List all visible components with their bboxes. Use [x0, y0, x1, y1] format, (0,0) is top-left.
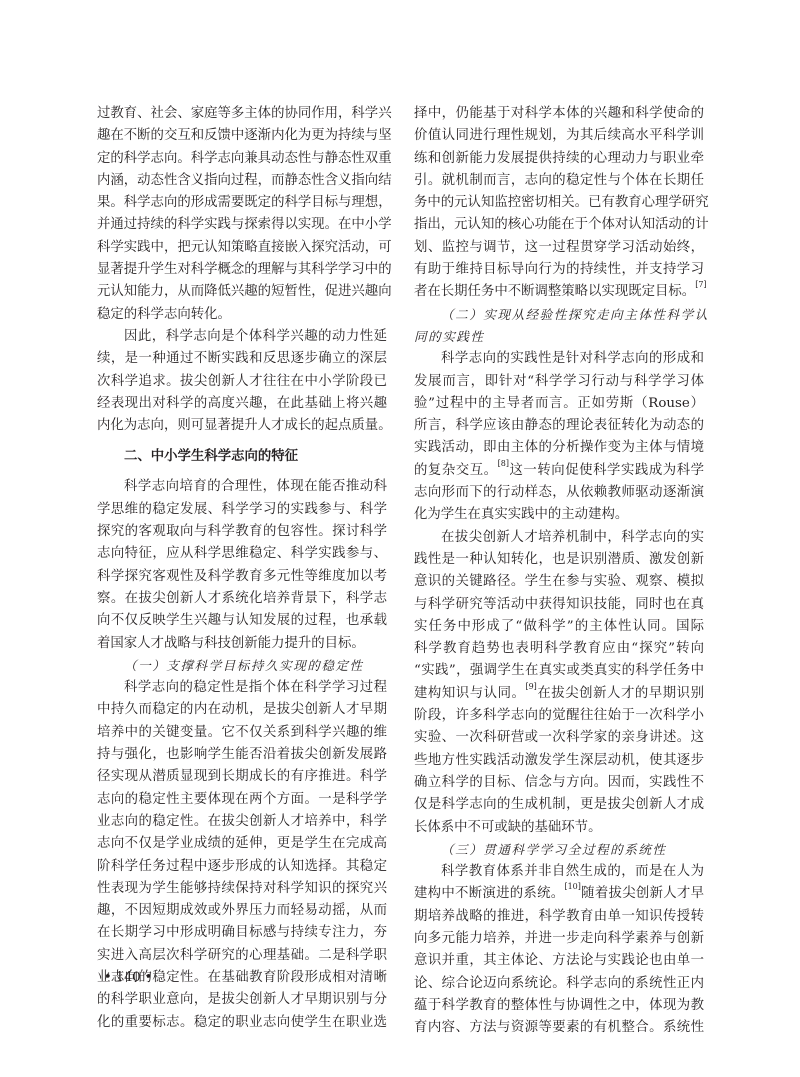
text-line: 因此，科学志向是个体科学兴趣的动力性延 [97, 326, 387, 348]
text-line: 实任务中形成了“做科学”的主体性认同。国际 [414, 616, 704, 638]
text-line: 引。就机制而言，志向的稳定性与个体在长期任 [414, 170, 704, 192]
text-line: 实验、一次科研营或一次科学家的亲身讲述。这 [414, 727, 704, 749]
text-line: 阶段，许多科学志向的觉醒往往始于一次科学小 [414, 705, 704, 727]
text-line: 元认知能力，从而降低兴趣的短暂性，促进兴趣向 [97, 281, 387, 303]
paragraph: 科学教育体系并非自然生成的，而是在人为 建构中不断演进的系统。[10]随着拔尖创… [414, 861, 704, 1039]
text-line: 性表现为学生能够持续保持对科学知识的探究兴 [97, 878, 387, 900]
text-line: 实践活动，即由主体的分析操作变为主体与情境 [414, 437, 704, 459]
text-line: 并通过持续的科学实践与探索得以实现。在中小学 [97, 214, 387, 236]
text-line: 练和创新能力发展提供持续的心理动力与职业牵 [414, 148, 704, 170]
text-line: 者在长期任务中不断调整策略以实现既定目标。[7] [414, 281, 704, 303]
text-line: 科学志向培育的合理性，体现在能否推动科 [97, 476, 387, 498]
text-fragment: 建构知识与认同。 [414, 686, 525, 701]
paragraph: 过教育、社会、家庭等多主体的协同作用，科学兴 趣在不断的交互和反馈中逐渐内化为更… [97, 103, 387, 326]
text-line: 科学志向的实践性是针对科学志向的形成和 [414, 348, 704, 370]
citation-ref[interactable]: [8] [498, 459, 509, 468]
text-line: 化为学生在真实实践中的主动建构。 [414, 504, 704, 526]
text-line: 志向形而下的行动样态，从依赖教师驱动逐渐演 [414, 482, 704, 504]
paragraph: 在拔尖创新人才培养机制中，科学志向的实 践性是一种认知转化，也是识别潜质、激发创… [414, 527, 704, 839]
text-line: 择中，仍能基于对科学本体的兴趣和科学使命的 [414, 103, 704, 125]
text-fragment: 建构中不断演进的系统。 [414, 886, 564, 901]
text-fragment: 随着拔尖创新人才早 [581, 886, 704, 901]
subsection-heading: （三）贯通科学学习全过程的系统性 [414, 839, 704, 861]
text-fragment: 的复杂交互。 [414, 463, 498, 478]
text-line: 志向的稳定性主要体现在两个方面。一是科学学 [97, 789, 387, 811]
subsection-heading: （二）实现从经验性探究走向主体性科学认 [414, 304, 704, 326]
citation-ref[interactable]: [7] [695, 280, 706, 289]
text-line: 仅是科学志向的生成机制，更是拔尖创新人才成 [414, 794, 704, 816]
text-line: 着国家人才战略与科技创新能力提升的目标。 [97, 633, 387, 655]
paragraph: 因此，科学志向是个体科学兴趣的动力性延 续，是一种通过不断实践和反思逐步确立的深… [97, 326, 387, 437]
text-line: 业志向的稳定性。在拔尖创新人才培养中，科学 [97, 811, 387, 833]
text-line: 意识的关键路径。学生在参与实验、观察、模拟 [414, 571, 704, 593]
paragraph: 科学志向培育的合理性，体现在能否推动科 学思维的稳定发展、科学学习的实践参与、科… [97, 476, 387, 654]
text-line: 科学教育趋势也表明科学教育应由“探究”转向 [414, 638, 704, 660]
text-line: 稳定的科学志向转化。 [97, 304, 387, 326]
text-line: 蕴于科学教育的整体性与协调性之中，体现为教 [414, 995, 704, 1017]
text-line: 践性是一种认知转化，也是识别潜质、激发创新 [414, 549, 704, 571]
text-line: 志向特征，应从科学思维稳定、科学实践参与、 [97, 543, 387, 565]
text-line: 发展而言，即针对“科学学习行动与科学学习体 [414, 371, 704, 393]
text-line: 内化为志向，则可显著提升人才成长的起点质量。 [97, 415, 387, 437]
subsection-heading: （一）支撑科学目标持久实现的稳定性 [97, 655, 387, 677]
text-fragment: 这一转向促使科学实践成为科学 [509, 463, 704, 478]
text-line: 向不仅反映学生兴趣与认知发展的过程，也承载 [97, 610, 387, 632]
subsection-heading-continued: 同的实践性 [414, 326, 704, 348]
text-fragment: 者在长期任务中不断调整策略以实现既定目标。 [414, 284, 695, 299]
text-line: 趣，不因短期成效或外界压力而轻易动摇，从而 [97, 900, 387, 922]
text-line: 向多元能力培养，并进一步走向科学素养与创新 [414, 928, 704, 950]
text-line: 建构知识与认同。[9]在拔尖创新人才的早期识别 [414, 683, 704, 705]
text-line: 验”过程中的主导者而言。正如劳斯（Rouse） [414, 393, 704, 415]
text-line: 定的科学志向。科学志向兼具动态性与静态性双重 [97, 148, 387, 170]
text-line: 察。在拔尖创新人才系统化培养背景下，科学志 [97, 588, 387, 610]
text-line: 科学探究客观性及科学教育多元性等维度加以考 [97, 566, 387, 588]
text-line: 续，是一种通过不断实践和反思逐步确立的深层 [97, 348, 387, 370]
text-line: 果。科学志向的形成需要既定的科学目标与理想， [97, 192, 387, 214]
text-line: 经表现出对科学的高度兴趣，在此基础上将兴趣 [97, 393, 387, 415]
text-line: 论、综合论迈向系统论。科学志向的系统性正内 [414, 973, 704, 995]
text-line: 长体系中不可或缺的基础环节。 [414, 817, 704, 839]
citation-ref[interactable]: [9] [525, 682, 536, 691]
text-line: 的复杂交互。[8]这一转向促使科学实践成为科学 [414, 460, 704, 482]
text-line: 持与强化，也影响学生能否沿着拔尖创新发展路 [97, 744, 387, 766]
text-line: 次科学追求。拔尖创新人才往往在中小学阶段已 [97, 371, 387, 393]
text-line: 培养中的关键变量。它不仅关系到科学兴趣的维 [97, 722, 387, 744]
text-line: 科学教育体系并非自然生成的，而是在人为 [414, 861, 704, 883]
text-line: 些地方性实践活动激发学生深层动机，使其逐步 [414, 750, 704, 772]
text-line: 志向不仅是学业成绩的延伸，更是学生在完成高 [97, 833, 387, 855]
text-line: 期培养战略的推进，科学教育由单一知识传授转 [414, 906, 704, 928]
page-number: • 140 • [104, 970, 152, 985]
text-line: 化的重要标志。稳定的职业志向使学生在职业选 [97, 1012, 387, 1034]
text-line: 与科学研究等活动中获得知识技能，同时也在真 [414, 594, 704, 616]
text-line: 价值认同进行理性规划，为其后续高水平科学训 [414, 125, 704, 147]
text-line: 所言，科学应该由静态的理论表征转化为动态的 [414, 415, 704, 437]
text-line: 内涵，动态性含义指向过程，而静态性含义指向结 [97, 170, 387, 192]
text-line: 在拔尖创新人才培养机制中，科学志向的实 [414, 527, 704, 549]
text-line: 有助于维持目标导向行为的持续性，并支持学习 [414, 259, 704, 281]
text-line: 学思维的稳定发展、科学学习的实践参与、科学 [97, 499, 387, 521]
left-column: 过教育、社会、家庭等多主体的协同作用，科学兴 趣在不断的交互和反馈中逐渐内化为更… [97, 103, 387, 1034]
text-line: 径实现从潜质显现到长期成长的有序推进。科学 [97, 766, 387, 788]
text-line: 探究的客观取向与科学教育的包容性。探讨科学 [97, 521, 387, 543]
text-line: 育内容、方法与资源等要素的有机整合。系统性 [414, 1017, 704, 1039]
right-column: 择中，仍能基于对科学本体的兴趣和科学使命的 价值认同进行理性规划，为其后续高水平… [414, 103, 704, 1039]
text-fragment: 在拔尖创新人才的早期识别 [537, 686, 704, 701]
text-line: 意识并重，其主体论、方法论与实践论也由单一 [414, 950, 704, 972]
text-line: 科学志向的稳定性是指个体在科学学习过程 [97, 677, 387, 699]
text-line: 指出，元认知的核心功能在于个体对认知活动的计 [414, 214, 704, 236]
text-line: 实进入高层次科学研究的心理基础。二是科学职 [97, 945, 387, 967]
text-line: 趣在不断的交互和反馈中逐渐内化为更为持续与坚 [97, 125, 387, 147]
text-line: 科学实践中，把元认知策略直接嵌入探究活动，可 [97, 237, 387, 259]
text-line: 显著提升学生对科学概念的理解与其科学学习中的 [97, 259, 387, 281]
section-heading: 二、中小学生科学志向的特征 [97, 439, 387, 474]
text-line: 确立科学的目标、信念与方向。因而，实践性不 [414, 772, 704, 794]
citation-ref[interactable]: [10] [564, 882, 580, 891]
text-line: 阶科学任务过程中逐步形成的认知选择。其稳定 [97, 856, 387, 878]
text-line: 划、监控与调节，这一过程贯穿学习活动始终， [414, 237, 704, 259]
text-line: 的科学职业意向，是拔尖创新人才早期识别与分 [97, 989, 387, 1011]
text-line: 建构中不断演进的系统。[10]随着拔尖创新人才早 [414, 883, 704, 905]
text-line: 在长期学习中形成明确目标感与持续专注力，夯 [97, 922, 387, 944]
paragraph: 科学志向的实践性是针对科学志向的形成和 发展而言，即针对“科学学习行动与科学学习… [414, 348, 704, 526]
text-line: 务中的元认知监控密切相关。已有教育心理学研究 [414, 192, 704, 214]
text-line: 过教育、社会、家庭等多主体的协同作用，科学兴 [97, 103, 387, 125]
text-line: “实践”，强调学生在真实或类真实的科学任务中 [414, 660, 704, 682]
paragraph: 择中，仍能基于对科学本体的兴趣和科学使命的 价值认同进行理性规划，为其后续高水平… [414, 103, 704, 304]
text-line: 中持久而稳定的内在动机，是拔尖创新人才早期 [97, 699, 387, 721]
